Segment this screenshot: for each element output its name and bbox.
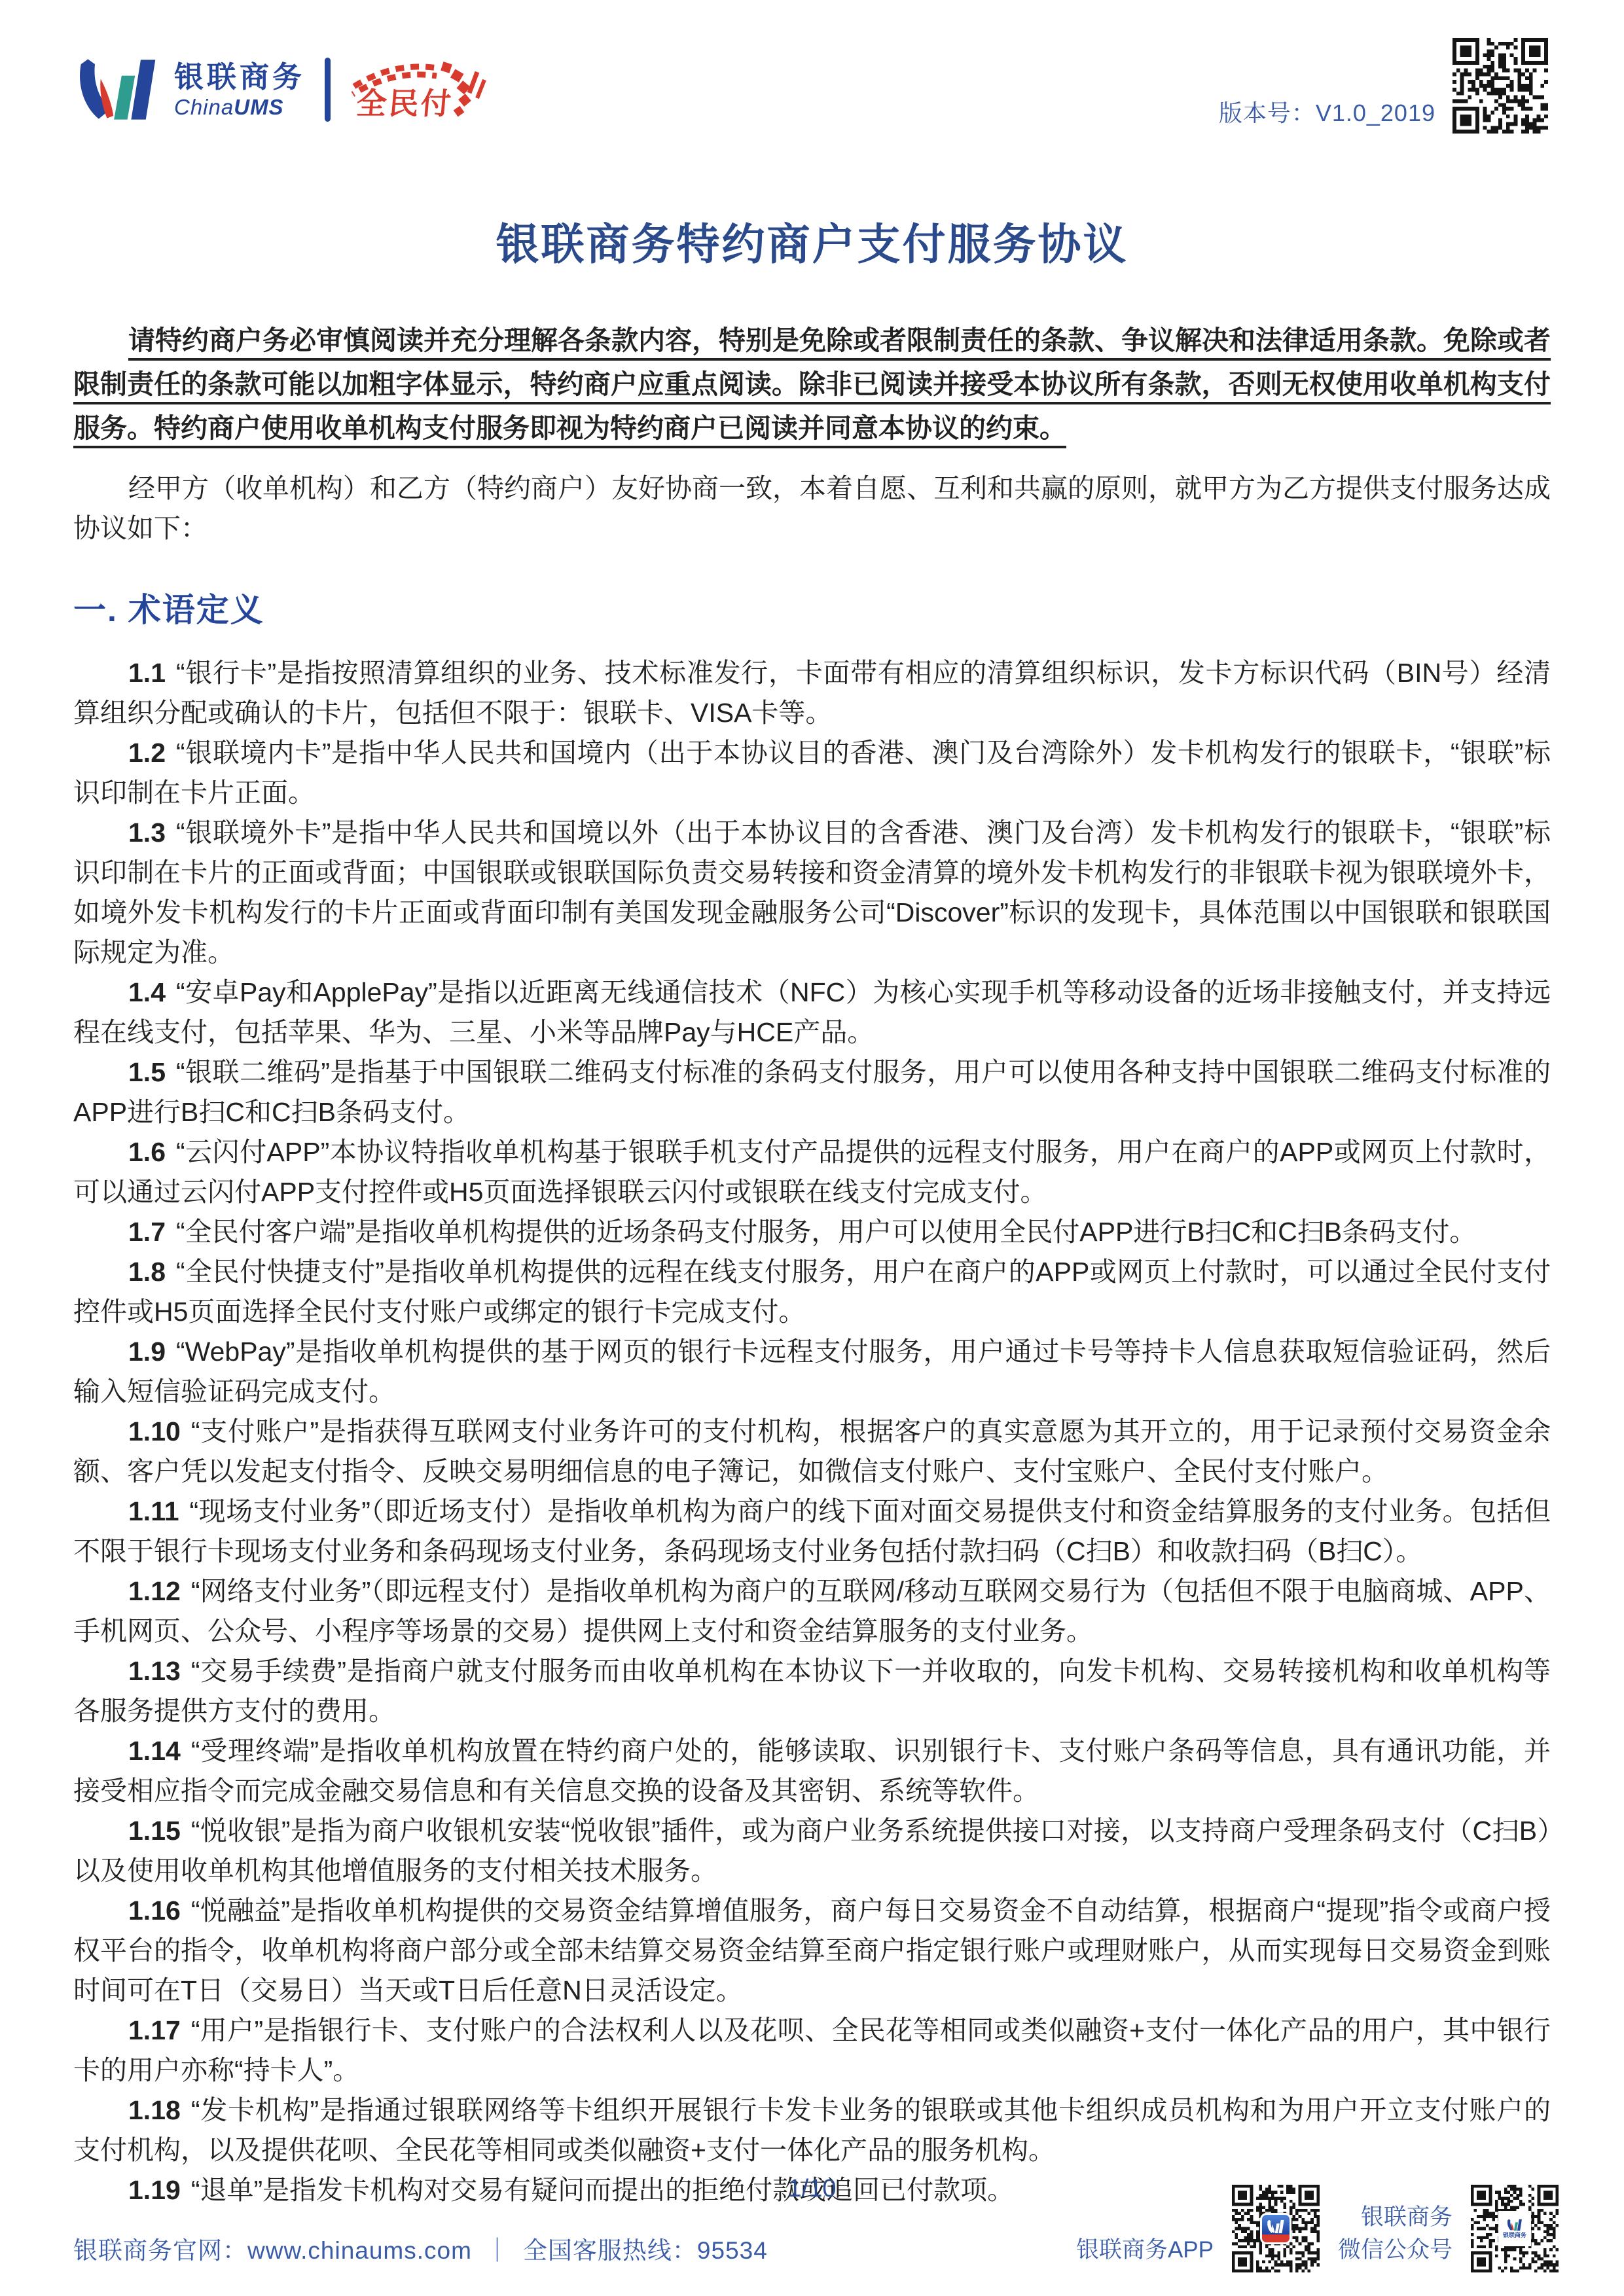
definition-text: “悦收银”是指为商户收银机安装“悦收银”插件，或为商户业务系统提供接口对接，以支…	[73, 1816, 1551, 1886]
hotline-label: 全国客服热线：95534	[523, 2237, 768, 2264]
definition-number: 1.5	[128, 1057, 166, 1087]
definition-item: 1.9“WebPay”是指收单机构提供的基于网页的银行卡远程支付服务，用户通过卡…	[73, 1332, 1551, 1412]
definition-item: 1.10“支付账户”是指获得互联网支付业务许可的支付机构，根据客户的真实意愿为其…	[73, 1412, 1551, 1492]
definition-text: “悦融益”是指收单机构提供的交易资金结算增值服务，商户每日交易资金不自动结算，根…	[73, 1895, 1551, 2005]
header-right-block: 版本号：V1.0_2019	[1219, 38, 1548, 134]
app-icon-mark	[1266, 2219, 1286, 2234]
quanminfu-wordmark: 全民付	[355, 80, 455, 123]
wechat-qr-label: 银联商务 微信公众号	[1338, 2201, 1453, 2273]
definition-text: “现场支付业务”（即近场支付）是指收单机构为商户的线下面对面交易提供支付和资金结…	[73, 1496, 1551, 1566]
definition-item: 1.11“现场支付业务”（即近场支付）是指收单机构为商户的线下面对面交易提供支付…	[73, 1492, 1551, 1571]
quanminfu-logo: 全民付	[350, 55, 490, 124]
definition-text: “全民付客户端”是指收单机构提供的近场条码支付服务，用户可以使用全民付APP进行…	[176, 1217, 1476, 1247]
chinaums-logo-mark-icon	[73, 57, 162, 122]
definition-text: “交易手续费”是指商户就支付服务而由收单机构在本协议下一并收取的，向发卡机构、交…	[73, 1656, 1551, 1726]
website-label: 银联商务官网：www.chinaums.com	[73, 2237, 472, 2264]
definition-item: 1.12“网络支付业务”（即远程支付）是指收单机构为商户的互联网/移动互联网交易…	[73, 1571, 1551, 1651]
app-icon-ribbon	[1262, 2234, 1290, 2242]
definition-item: 1.8“全民付快捷支付”是指收单机构提供的远程在线支付服务，用户在商户的APP或…	[73, 1252, 1551, 1332]
definition-number: 1.11	[128, 1496, 179, 1526]
definition-number: 1.18	[128, 2095, 181, 2125]
definition-text: “网络支付业务”（即远程支付）是指收单机构为商户的互联网/移动互联网交易行为（包…	[73, 1576, 1551, 1646]
definition-number: 1.2	[128, 738, 166, 768]
definition-text: “WebPay”是指收单机构提供的基于网页的银行卡远程支付服务，用户通过卡号等持…	[73, 1336, 1551, 1407]
definition-number: 1.4	[128, 977, 166, 1007]
brand-text-block: 银联商务 ChinaUMS	[174, 62, 305, 118]
intro-notice: 请特约商户务必审慎阅读并充分理解各条款内容，特别是免除或者限制责任的条款、争议解…	[73, 319, 1551, 450]
definition-number: 1.8	[128, 1257, 166, 1287]
preamble: 经甲方（收单机构）和乙方（特约商户）友好协商一致，本着自愿、互利和共赢的原则，就…	[73, 469, 1551, 548]
document-body: 银联商务特约商户支付服务协议 请特约商户务必审慎阅读并充分理解各条款内容，特别是…	[0, 209, 1624, 2210]
wechat-qr-label-line2: 微信公众号	[1338, 2234, 1453, 2267]
definition-number: 1.14	[128, 1736, 181, 1766]
definition-number: 1.13	[128, 1656, 181, 1686]
brand-name-english-suffix: UMS	[234, 95, 283, 119]
definitions-list: 1.1“银行卡”是指按照清算组织的业务、技术标准发行，卡面带有相应的清算组织标识…	[73, 653, 1551, 2210]
qr-code-app	[1232, 2185, 1320, 2272]
chinaums-app-icon	[1260, 2213, 1291, 2244]
wechat-logo-text: 银联商务	[1503, 2233, 1526, 2238]
definition-number: 1.6	[128, 1137, 166, 1167]
wechat-qr-label-line1: 银联商务	[1338, 2201, 1453, 2234]
definition-item: 1.17“用户”是指银行卡、支付账户的合法权利人以及花呗、全民花等相同或类似融资…	[73, 2011, 1551, 2090]
definition-text: “支付账户”是指获得互联网支付业务许可的支付机构，根据客户的真实意愿为其开立的，…	[73, 1416, 1551, 1486]
definition-number: 1.3	[128, 817, 166, 848]
definition-item: 1.14“受理终端”是指收单机构放置在特约商户处的，能够读取、识别银行卡、支付账…	[73, 1731, 1551, 1811]
definition-number: 1.7	[128, 1217, 166, 1247]
definition-text: “银行卡”是指按照清算组织的业务、技术标准发行，卡面带有相应的清算组织标识，发卡…	[73, 658, 1551, 728]
definition-item: 1.16“悦融益”是指收单机构提供的交易资金结算增值服务，商户每日交易资金不自动…	[73, 1891, 1551, 2011]
document-title: 银联商务特约商户支付服务协议	[73, 209, 1551, 272]
version-label: 版本号：V1.0_2019	[1219, 95, 1435, 134]
qr-code-wechat: 银联商务	[1471, 2185, 1559, 2272]
footer-qr-group: 银联商务APP 银联商务 微信公众号	[1076, 2185, 1559, 2272]
definition-text: “银联二维码”是指基于中国银联二维码支付标准的条码支付服务，用户可以使用各种支持…	[73, 1057, 1551, 1127]
definition-number: 1.17	[128, 2015, 181, 2045]
definition-number: 1.9	[128, 1336, 166, 1367]
chinaums-logo: 银联商务 ChinaUMS	[73, 55, 490, 124]
definition-item: 1.18“发卡机构”是指通过银联网络等卡组织开展银行卡发卡业务的银联或其他卡组织…	[73, 2090, 1551, 2170]
page-header: 银联商务 ChinaUMS	[0, 0, 1624, 139]
wechat-center-logo: 银联商务	[1498, 2211, 1531, 2246]
brand-name-chinese: 银联商务	[174, 62, 305, 92]
definition-text: “全民付快捷支付”是指收单机构提供的远程在线支付服务，用户在商户的APP或网页上…	[73, 1257, 1551, 1327]
definition-item: 1.15“悦收银”是指为商户收银机安装“悦收银”插件，或为商户业务系统提供接口对…	[73, 1811, 1551, 1891]
wechat-logo-mark	[1506, 2219, 1523, 2231]
contact-line: 银联商务官网：www.chinaums.com｜全国客服热线：95534	[73, 2231, 768, 2272]
definition-text: “银联境内卡”是指中华人民共和国境内（出于本协议目的香港、澳门及台湾除外）发卡机…	[73, 738, 1551, 808]
definition-item: 1.3“银联境外卡”是指中华人民共和国境以外（出于本协议目的含香港、澳门及台湾）…	[73, 813, 1551, 973]
definition-item: 1.5“银联二维码”是指基于中国银联二维码支付标准的条码支付服务，用户可以使用各…	[73, 1052, 1551, 1132]
definition-text: “银联境外卡”是指中华人民共和国境以外（出于本协议目的含香港、澳门及台湾）发卡机…	[73, 817, 1551, 967]
section-heading-definitions: 一. 术语定义	[73, 584, 1551, 631]
definition-text: “受理终端”是指收单机构放置在特约商户处的，能够读取、识别银行卡、支付账户条码等…	[73, 1736, 1551, 1806]
definition-number: 1.10	[128, 1416, 181, 1446]
definition-item: 1.2“银联境内卡”是指中华人民共和国境内（出于本协议目的香港、澳门及台湾除外）…	[73, 733, 1551, 813]
definition-text: “用户”是指银行卡、支付账户的合法权利人以及花呗、全民花等相同或类似融资+支付一…	[73, 2015, 1551, 2085]
document-page: 银联商务 ChinaUMS	[0, 0, 1624, 2296]
definition-text: “云闪付APP”本协议特指收单机构基于银联手机支付产品提供的远程支付服务，用户在…	[73, 1137, 1551, 1207]
definition-number: 1.16	[128, 1895, 181, 1926]
definition-item: 1.6“云闪付APP”本协议特指收单机构基于银联手机支付产品提供的远程支付服务，…	[73, 1132, 1551, 1212]
qr-code-header	[1453, 38, 1548, 134]
brand-name-english: ChinaUMS	[174, 96, 305, 118]
definition-item: 1.7“全民付客户端”是指收单机构提供的近场条码支付服务，用户可以使用全民付AP…	[73, 1212, 1551, 1252]
definition-number: 1.12	[128, 1576, 181, 1606]
definition-text: “发卡机构”是指通过银联网络等卡组织开展银行卡发卡业务的银联或其他卡组织成员机构…	[73, 2095, 1551, 2165]
logo-divider	[325, 58, 331, 122]
definition-item: 1.13“交易手续费”是指商户就支付服务而由收单机构在本协议下一并收取的，向发卡…	[73, 1651, 1551, 1731]
definition-number: 1.15	[128, 1816, 181, 1846]
definition-number: 1.1	[128, 658, 166, 688]
brand-name-english-prefix: China	[174, 95, 234, 119]
contact-separator: ｜	[485, 2237, 510, 2264]
definition-text: “安卓Pay和ApplePay”是指以近距离无线通信技术（NFC）为核心实现手机…	[73, 977, 1551, 1047]
page-footer: 银联商务官网：www.chinaums.com｜全国客服热线：95534 银联商…	[73, 2185, 1559, 2272]
definition-item: 1.4“安卓Pay和ApplePay”是指以近距离无线通信技术（NFC）为核心实…	[73, 973, 1551, 1052]
app-qr-label: 银联商务APP	[1076, 2234, 1214, 2272]
definition-item: 1.1“银行卡”是指按照清算组织的业务、技术标准发行，卡面带有相应的清算组织标识…	[73, 653, 1551, 733]
